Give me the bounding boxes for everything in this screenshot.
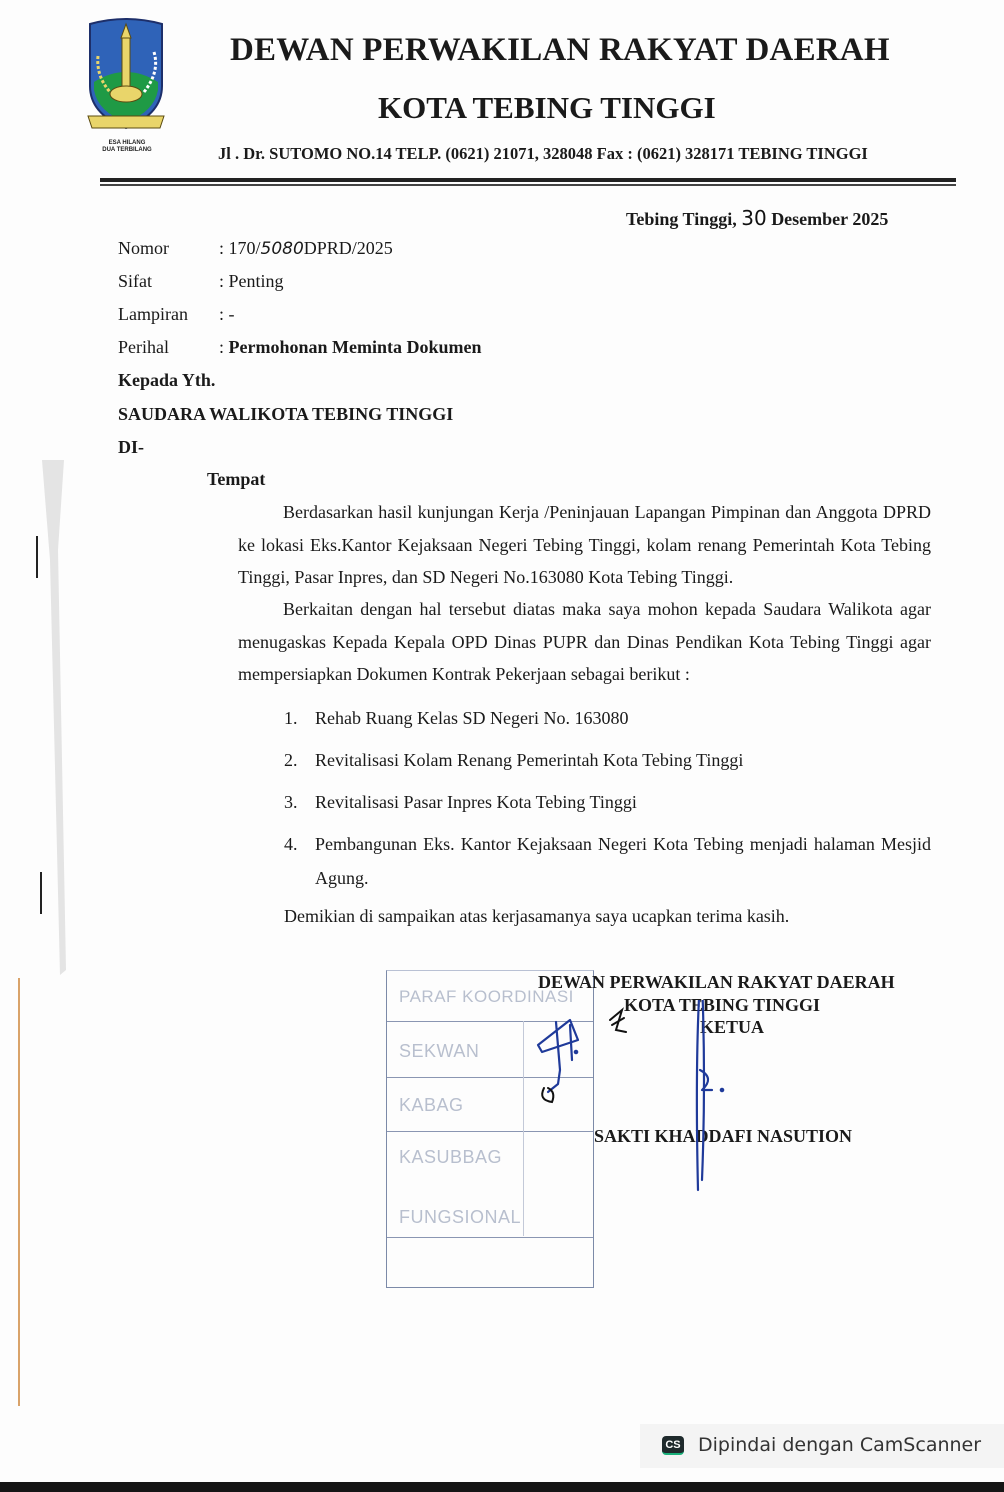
nomor-handwritten: 5080 <box>261 239 304 259</box>
logo-motto: ESA HILANG DUA TERBILANG <box>92 140 162 154</box>
signature-city: KOTA TEBING TINGGI <box>624 995 820 1016</box>
stamp-row-fungsional: FUNGSIONAL <box>399 1207 521 1228</box>
stamp-divider <box>387 1021 593 1022</box>
list-item-text: Rehab Ruang Kelas SD Negeri No. 163080 <box>315 701 931 735</box>
stamp-row-kabag: KABAG <box>399 1095 464 1116</box>
stamp-row-sekwan: SEKWAN <box>399 1041 479 1062</box>
meta-value-lampiran: : - <box>219 304 235 325</box>
list-item-number: 2. <box>284 743 298 777</box>
motto-line-2: DUA TERBILANG <box>92 147 162 154</box>
body-paragraph-1: Berdasarkan hasil kunjungan Kerja /Penin… <box>238 496 931 594</box>
list-item-number: 4. <box>284 827 298 861</box>
meta-label-lampiran: Lampiran <box>118 304 188 325</box>
bottom-bar <box>0 1482 1004 1492</box>
letterhead-address: Jl . Dr. SUTOMO NO.14 TELP. (0621) 21071… <box>218 144 868 164</box>
addressee-tempat: Tempat <box>207 469 265 490</box>
list-item-text: Revitalisasi Pasar Inpres Kota Tebing Ti… <box>315 785 931 819</box>
camscanner-watermark: CS Dipindai dengan CamScanner <box>640 1424 1004 1468</box>
stamp-row-kasubbag: KASUBBAG <box>399 1147 502 1168</box>
list-item-text: Pembangunan Eks. Kantor Kejaksaan Negeri… <box>315 827 931 895</box>
letterhead-city: KOTA TEBING TINGGI <box>378 90 716 126</box>
perihal-prefix: : <box>219 337 229 357</box>
addressee-recipient: SAUDARA WALIKOTA TEBING TINGGI <box>118 404 453 425</box>
page-edge <box>18 978 20 1406</box>
camscanner-logo-icon: CS <box>662 1436 684 1455</box>
motto-line-1: ESA HILANG <box>92 140 162 147</box>
closing-sentence: Demikian di sampaikan atas kerjasamanya … <box>284 906 789 927</box>
body-paragraph-2: Berkaitan dengan hal tersebut diatas mak… <box>238 593 931 691</box>
nomor-suffix: DPRD/2025 <box>304 238 393 258</box>
meta-label-sifat: Sifat <box>118 271 152 292</box>
coat-of-arms-emblem-icon <box>84 16 168 140</box>
letterhead-divider <box>100 178 956 182</box>
date-place: Tebing Tinggi, <box>626 209 737 229</box>
stamp-divider <box>387 1237 593 1238</box>
meta-value-nomor: : 170/5080DPRD/2025 <box>219 238 393 259</box>
date-day-handwritten: 30 <box>741 206 766 230</box>
stamp-divider <box>387 1131 593 1132</box>
signature-institution: DEWAN PERWAKILAN RAKYAT DAERAH <box>538 972 895 993</box>
addressee-greeting: Kepada Yth. <box>118 370 215 391</box>
perihal-subject: Permohonan Meminta Dokumen <box>229 337 482 357</box>
letter-date: Tebing Tinggi, 30 Desember 2025 <box>626 206 888 230</box>
signatory-name: SAKTI KHADDAFI NASUTION <box>594 1126 852 1147</box>
meta-label-perihal: Perihal <box>118 337 169 358</box>
camscanner-watermark-text: Dipindai dengan CamScanner <box>698 1434 981 1456</box>
scanned-letter-page: ESA HILANG DUA TERBILANG DEWAN PERWAKILA… <box>0 0 1004 1482</box>
list-item-number: 1. <box>284 701 298 735</box>
page-fold-shadow <box>36 460 66 980</box>
meta-value-perihal: : Permohonan Meminta Dokumen <box>219 337 482 358</box>
stamp-divider <box>387 1077 593 1078</box>
letterhead-title: DEWAN PERWAKILAN RAKYAT DAERAH <box>230 32 890 69</box>
list-item-text: Revitalisasi Kolam Renang Pemerintah Kot… <box>315 743 931 777</box>
coordination-initials-stamp: PARAF KOORDINASI SEKWAN KABAG KASUBBAG F… <box>386 970 594 1288</box>
list-item-number: 3. <box>284 785 298 819</box>
nomor-prefix: : 170/ <box>219 238 261 258</box>
date-month-year: Desember 2025 <box>771 209 888 229</box>
stamp-column-divider <box>523 1021 524 1236</box>
letterhead-divider-thin <box>100 184 956 186</box>
meta-value-sifat: : Penting <box>219 271 284 292</box>
addressee-di: DI- <box>118 437 144 458</box>
meta-label-nomor: Nomor <box>118 238 169 259</box>
signature-position: KETUA <box>700 1017 764 1038</box>
